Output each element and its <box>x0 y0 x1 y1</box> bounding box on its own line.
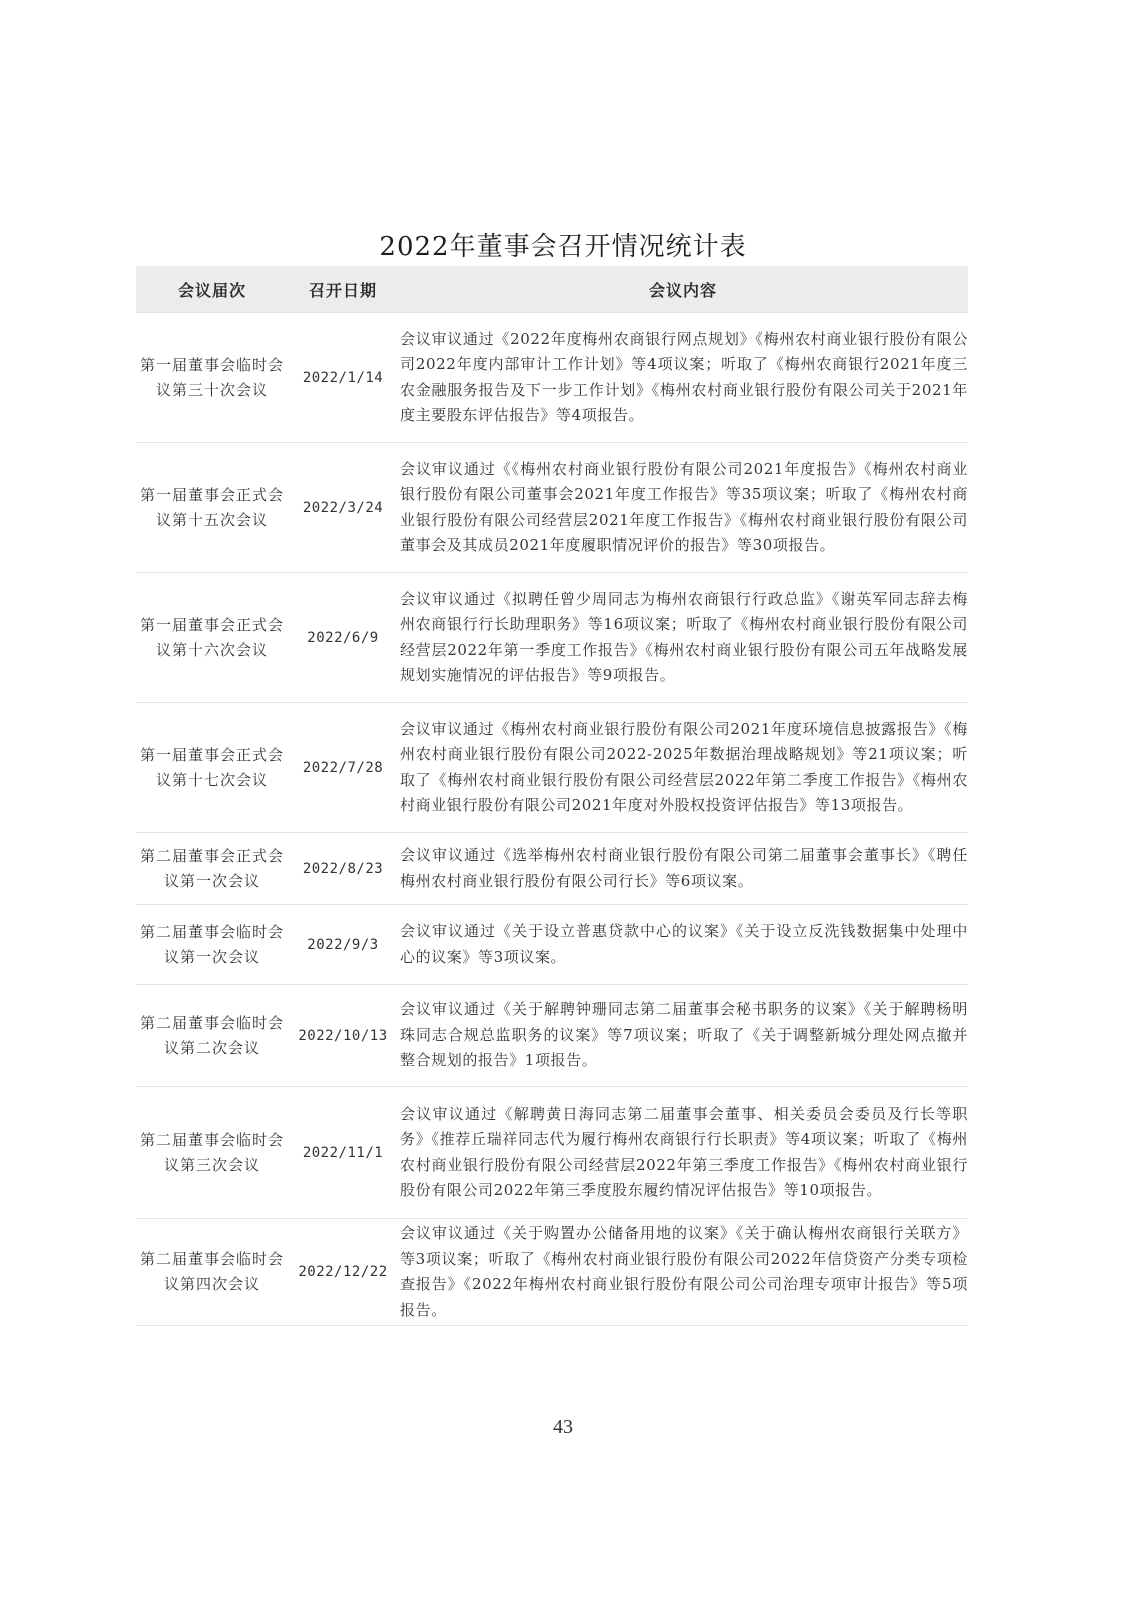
table-row: 第一届董事会正式会议第十六次会议 2022/6/9 会议审议通过《拟聘任曾少周同… <box>136 573 968 703</box>
cell-content: 会议审议通过《拟聘任曾少周同志为梅州农商银行行政总监》《谢英军同志辞去梅州农商银… <box>398 573 968 703</box>
table-row: 第一届董事会临时会议第三十次会议 2022/1/14 会议审议通过《2022年度… <box>136 313 968 443</box>
cell-session: 第一届董事会正式会议第十七次会议 <box>136 703 288 833</box>
cell-content: 会议审议通过《解聘黄日海同志第二届董事会董事、相关委员会委员及行长等职务》《推荐… <box>398 1087 968 1219</box>
table-row: 第二届董事会临时会议第二次会议 2022/10/13 会议审议通过《关于解聘钟珊… <box>136 985 968 1087</box>
table-row: 第一届董事会正式会议第十五次会议 2022/3/24 会议审议通过《《梅州农村商… <box>136 443 968 573</box>
cell-session: 第一届董事会正式会议第十五次会议 <box>136 443 288 573</box>
cell-session: 第二届董事会正式会议第一次会议 <box>136 833 288 905</box>
cell-date: 2022/6/9 <box>288 573 398 703</box>
header-content: 会议内容 <box>398 266 968 313</box>
cell-date: 2022/10/13 <box>288 985 398 1087</box>
cell-session: 第二届董事会临时会议第三次会议 <box>136 1087 288 1219</box>
cell-date: 2022/7/28 <box>288 703 398 833</box>
header-session: 会议届次 <box>136 266 288 313</box>
cell-date: 2022/11/1 <box>288 1087 398 1219</box>
header-date: 召开日期 <box>288 266 398 313</box>
cell-content: 会议审议通过《梅州农村商业银行股份有限公司2021年度环境信息披露报告》《梅州农… <box>398 703 968 833</box>
board-meetings-table: 会议届次 召开日期 会议内容 第一届董事会临时会议第三十次会议 2022/1/1… <box>136 266 968 1326</box>
cell-session: 第一届董事会正式会议第十六次会议 <box>136 573 288 703</box>
cell-content: 会议审议通过《关于设立普惠贷款中心的议案》《关于设立反洗钱数据集中处理中心的议案… <box>398 905 968 985</box>
page-number: 43 <box>0 1416 1126 1439</box>
cell-session: 第二届董事会临时会议第四次会议 <box>136 1219 288 1326</box>
cell-date: 2022/9/3 <box>288 905 398 985</box>
table-row: 第二届董事会临时会议第三次会议 2022/11/1 会议审议通过《解聘黄日海同志… <box>136 1087 968 1219</box>
table-row: 第二届董事会临时会议第一次会议 2022/9/3 会议审议通过《关于设立普惠贷款… <box>136 905 968 985</box>
table-header-row: 会议届次 召开日期 会议内容 <box>136 266 968 313</box>
cell-date: 2022/1/14 <box>288 313 398 443</box>
table-row: 第二届董事会正式会议第一次会议 2022/8/23 会议审议通过《选举梅州农村商… <box>136 833 968 905</box>
cell-date: 2022/12/22 <box>288 1219 398 1326</box>
cell-date: 2022/8/23 <box>288 833 398 905</box>
page-title: 2022年董事会召开情况统计表 <box>0 226 1126 263</box>
cell-content: 会议审议通过《选举梅州农村商业银行股份有限公司第二届董事会董事长》《聘任梅州农村… <box>398 833 968 905</box>
cell-session: 第一届董事会临时会议第三十次会议 <box>136 313 288 443</box>
table-row: 第二届董事会临时会议第四次会议 2022/12/22 会议审议通过《关于购置办公… <box>136 1219 968 1326</box>
table-row: 第一届董事会正式会议第十七次会议 2022/7/28 会议审议通过《梅州农村商业… <box>136 703 968 833</box>
cell-content: 会议审议通过《2022年度梅州农商银行网点规划》《梅州农村商业银行股份有限公司2… <box>398 313 968 443</box>
cell-session: 第二届董事会临时会议第一次会议 <box>136 905 288 985</box>
cell-date: 2022/3/24 <box>288 443 398 573</box>
cell-content: 会议审议通过《关于解聘钟珊同志第二届董事会秘书职务的议案》《关于解聘杨明珠同志合… <box>398 985 968 1087</box>
cell-content: 会议审议通过《《梅州农村商业银行股份有限公司2021年度报告》《梅州农村商业银行… <box>398 443 968 573</box>
cell-session: 第二届董事会临时会议第二次会议 <box>136 985 288 1087</box>
cell-content: 会议审议通过《关于购置办公储备用地的议案》《关于确认梅州农商银行关联方》等3项议… <box>398 1219 968 1326</box>
